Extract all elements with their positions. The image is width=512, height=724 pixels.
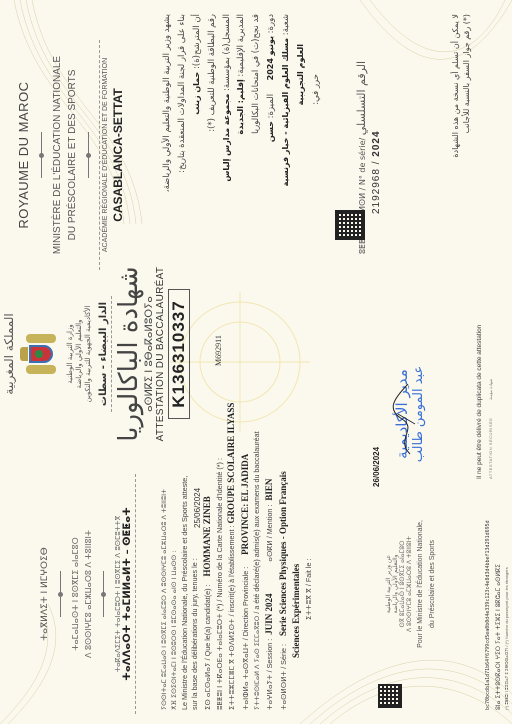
academy-name-fr: CASABLANCA-SETTAT <box>111 40 125 270</box>
ministry-ar-line1: وزارة التربية الوطنية <box>66 254 75 454</box>
sig-tf-2: ⴷ ⵓⵙⵙⵏⵖⵎⵓ ⴰⵎⵣⵡⴰⵔⵓ ⴷ ⵜⵓⵏⵏⵓⵏⵜ <box>406 494 413 674</box>
title-tf: ⴰⵙⵍⴽⵉ ⵏ ⵓⴱⴰⴽⴰⵍⵓⵔⵢⴰ <box>144 254 155 454</box>
sig-fr-2: du Préscolaire et des Sports <box>428 494 437 674</box>
director-stamp: مدير الأكاديمية عبد المومن طالب <box>393 359 426 469</box>
kingdom-ar: المملكة المغربية <box>2 254 16 454</box>
academy-label-tf: ⵜⴰⴽⴰⴷⵉⵎⵉⵜ ⵜⴰⵏⴰⵎⵓⵔⵜ ⵏ ⵓⵙⴳⵎⵉ ⴷ ⵓⵙⵎⵓⵜⵜⴳ <box>114 474 122 714</box>
session-label-ar: دورة: <box>266 14 276 33</box>
academy-label-fr: ACADÉMIE RÉGIONALE D'ÉDUCATION ET DE FOR… <box>99 40 109 270</box>
duplicate-note-ar: لا يمكن أن تسلم أي نسخة من هذه الشهادة (… <box>450 14 472 244</box>
candidate-name-ar: حمان زينب <box>192 72 201 115</box>
admitted-fr: a été déclaré(e) admis(e) aux examens du… <box>252 431 261 609</box>
province-label: ⵜⴰⵏⵀⵍⴰ ⵜⴰⵙⴳⴰⵡⵜ / Direction Provinciale : <box>241 567 250 710</box>
divider <box>103 571 104 617</box>
jury-date: 25/06/2024 <box>193 488 202 528</box>
intro-tf-1: ⵢⵙⵙⵏⵜⴰⵎ ⵓⵎⴰⵡⴰⵙ ⵏ ⵓⵙⴳⵎⵉ ⴰⵏⴰⵎⵓⵔ ⴷ ⵓⵙⵙⵏⵖⵎⵓ … <box>160 380 170 710</box>
qr-code-icon <box>378 684 402 708</box>
sig-fr-1: Pour le Ministre de l'Éducation National… <box>416 494 425 674</box>
footer-note: (*) ⵓⵟⵟⵓⵏ ⵏ ⵓⵣⵔⴰⵢ ⵉ ⵉⴱⵕⵕⴰⵏⵉⵢⵏ / (*) Numé… <box>504 567 509 710</box>
serie-value-2: Sciences Expérimentales <box>291 564 301 658</box>
done-label-ar: حرر في: <box>309 14 324 344</box>
kingdom-fr: ROYAUME DU MAROC <box>16 40 31 270</box>
title-ar: شهادة الباكالوريا <box>116 254 142 454</box>
security-fr: ATTESTATION SÉCURISÉE <box>488 418 493 479</box>
session-value-ar: يونيو 2024 <box>266 36 275 80</box>
candidate-label-ar: أن المترشح(ة): <box>192 14 202 69</box>
duplicate-ar-2: (*) رقم جواز السفر بالنسبة للأجانب <box>461 14 472 244</box>
sig-ar-1: عن وزير التربية الوطنية <box>385 494 392 674</box>
datamatrix-code-icon <box>335 210 365 240</box>
admitted-tf: ⵢⵜⵜⵓⵙⵏⵎⴰⵍ ⴷ ⵢⴰⵙ ⵉⵎⵎⴰⴳⵓⵔ <box>253 616 261 710</box>
director-title: مدير الأكاديمية <box>393 359 411 469</box>
province-name-ar: إقليم: الجديدة <box>236 79 245 134</box>
candidate-label: ⵉⵙ ⴰⵎⵙⴰⵍⴰⵢ / Que le(a) candidat(e) : <box>203 584 212 710</box>
done-label: ⵉⵜⵜⵓⴳ ⴳ / Fait le : <box>304 559 313 620</box>
serie-label-ar: شعبة: <box>281 14 291 35</box>
ministry-tf-line1: ⵜⴰⵎⴰⵡⴰⵙⵜ ⵏ ⵓⵙⴳⵎⵉ ⴰⵏⴰⵎⵓⵔ <box>71 474 80 714</box>
sig-tf-1: ⵙⴳ ⵓⵎⴰⵡⴰⵙ ⵏ ⵓⵙⴳⵎⵉ ⴰⵏⴰⵎⵓⵔ <box>399 494 406 674</box>
coat-of-arms-icon <box>20 334 64 374</box>
session-value: JUIN 2024 <box>264 594 274 635</box>
footer-tifinagh: ⵓⵏⴰ ⵉⵜⵜⵓⵙⴽⴰⵔⵏ ⵖⵉⵔ ⵢⴰⵜ ⵜⵉⵣⵉ ⵏ ⵓⴽⵛⴰⵎ ⴰⵙⵍⴽⵉ <box>495 564 502 710</box>
done-date: 26/06/2024 <box>372 447 381 487</box>
academy-name-ar: الدار البيضاء - سطات <box>98 296 112 412</box>
serial-label-fr: / N° de série/ <box>358 138 367 191</box>
mention-label-ar: الميزة: <box>266 94 276 118</box>
mention-value: BIEN <box>264 479 274 501</box>
intro-fr-2: sur la base des délibérations du jury, t… <box>190 380 201 710</box>
duplicate-ar-1: لا يمكن أن تسلم أي نسخة من هذه الشهادة <box>450 14 461 244</box>
school-label-ar: المسجل(ة) بمؤسسة: <box>222 14 232 91</box>
school-name-ar: مجموعة مدارس إلياس <box>222 94 231 182</box>
divider <box>41 132 42 178</box>
candidate-name: HOMMANE ZINEB <box>202 496 212 576</box>
ministry-fr-line2: DU PRÉSCOLAIRE ET DES SPORTS <box>67 40 78 270</box>
body-arabic: يشهد وزير التربية الوطنية والتعليم الأول… <box>160 14 324 344</box>
serial-label-ar: الرقم التسلسلي <box>355 61 368 135</box>
province-label-ar: المديرية الإقليمية: <box>236 14 246 77</box>
body-french: ⵢⵙⵙⵏⵜⴰⵎ ⵓⵎⴰⵡⴰⵙ ⵏ ⵓⵙⴳⵎⵉ ⴰⵏⴰⵎⵓⵔ ⴷ ⵓⵙⵙⵏⵖⵎⵓ … <box>160 380 314 710</box>
session-label: ⵜⴰⵖⵍⴰⵢⵜ / Session : <box>265 639 274 710</box>
signature-block: عن وزير التربية الوطنية والتعليم الأولي … <box>385 494 437 674</box>
cin-label: ⵓⵟⵟⵓⵏ ⵏ ⵜⴽⴰⵔⴹⴰ ⵜⴰⵏⴰⵎⵓⵔⵜ (*) / Numéro de … <box>215 380 226 710</box>
academy-name-tf: ⵜⴰⴷⴷⴰⵔⵜ ⵜⴰⵎⵍⵍⴰⵍⵜ – ⵙⵟⵟⴰⵜ <box>122 474 136 714</box>
baccalaureate-attestation: ROYAUME DU MAROC MINISTÈRE DE L'ÉDUCATIO… <box>0 0 512 724</box>
serie-value-ar-2: العلوم التجريبية <box>296 44 305 105</box>
ministry-ar-line2: والتعليم الأولي والرياضة <box>75 254 84 454</box>
school-label: ⵉⵜⵜⵓⵣⵎⵎⴻⵎ ⴳ ⵜⵙⴷⵍⵉⵙⵜ / inscrit(e) à l'éta… <box>227 526 236 710</box>
intro-tf-2: ⵅⴼ ⵉⵙⵉⵙⵏⵜⴰⵎⵏ ⵏ ⵓⵙⵓⵔⵙ ⵏ ⵓⵎⵙⴰⵙⴰ ⴰⵏⵙ ⵏ ⵡⴰⵙⵙ… <box>170 380 180 710</box>
intro-fr-1: Le Ministre de l'Éducation Nationale, du… <box>180 380 191 710</box>
ministry-tf-line2: ⴷ ⵓⵙⵙⵏⵖⵎⵓ ⴰⵎⵣⵡⴰⵔⵓ ⴷ ⵜⵓⵏⵏⵓⵏⵜ <box>84 474 93 714</box>
school-name: GROUPE SCOLAIRE ILYASS <box>226 403 236 524</box>
duplicate-note-fr: Il ne peut être délivré de duplicata de … <box>476 325 483 479</box>
mention-label: ⴰⵙⴽⵍ / Mention : <box>265 505 274 562</box>
director-name: عبد المومن طالب <box>411 359 426 469</box>
cin-label-ar: رقم البطاقة الوطنية للتعريف (*): <box>205 14 220 344</box>
serial-number: 2192968 <box>371 168 382 214</box>
sig-ar-2: والتعليم الأولي والرياضة <box>392 494 399 674</box>
intro-ar-2: بناء على قرار لجنة المداولات المنعقدة بت… <box>175 14 190 344</box>
serie-value-1: Serie Sciences Physiques - Option França… <box>278 471 288 636</box>
serial-year: 2024 <box>371 130 382 156</box>
kingdom-tf: ⵜⴰⴳⵍⴷⵉⵜ ⵏ ⵍⵎⵖⵔⵉⴱ <box>40 474 50 714</box>
serie-label: ⵜⴰⵙⵍⵙⵍⵜ / Série : <box>279 644 288 710</box>
divider <box>88 132 89 178</box>
mention-value-ar: حسن <box>266 121 275 142</box>
security-ar: شهادة مؤمنة <box>488 379 493 400</box>
security-note: ATTESTATION SÉCURISÉE شهادة مؤمنة <box>488 379 493 479</box>
academy-label-ar: الأكاديمية الجهوية للتربية والتكوين <box>84 254 93 454</box>
admitted-ar: قد نجح(ت) في امتحانات البكالوريا <box>249 14 264 344</box>
serie-value-ar-1: مسلك العلوم الفيزيائية - خيار فرنسية <box>281 38 290 186</box>
verification-hash: bc70bcdb1a1d71b64f6799cd5ea0b0d4e339c123… <box>485 520 491 710</box>
header-french: ROYAUME DU MAROC MINISTÈRE DE L'ÉDUCATIO… <box>10 40 125 270</box>
province-name: PROVINCE: EL JADIDA <box>240 454 250 555</box>
divider <box>60 571 61 617</box>
intro-ar-1: يشهد وزير التربية الوطنية والتعليم الأول… <box>160 14 175 344</box>
header-tifinagh: ⵜⴰⴳⵍⴷⵉⵜ ⵏ ⵍⵎⵖⵔⵉⴱ ⵜⴰⵎⴰⵡⴰⵙⵜ ⵏ ⵓⵙⴳⵎⵉ ⴰⵏⴰⵎⵓⵔ… <box>40 474 136 714</box>
ministry-fr-line1: MINISTÈRE DE L'ÉDUCATION NATIONALE <box>52 40 63 270</box>
